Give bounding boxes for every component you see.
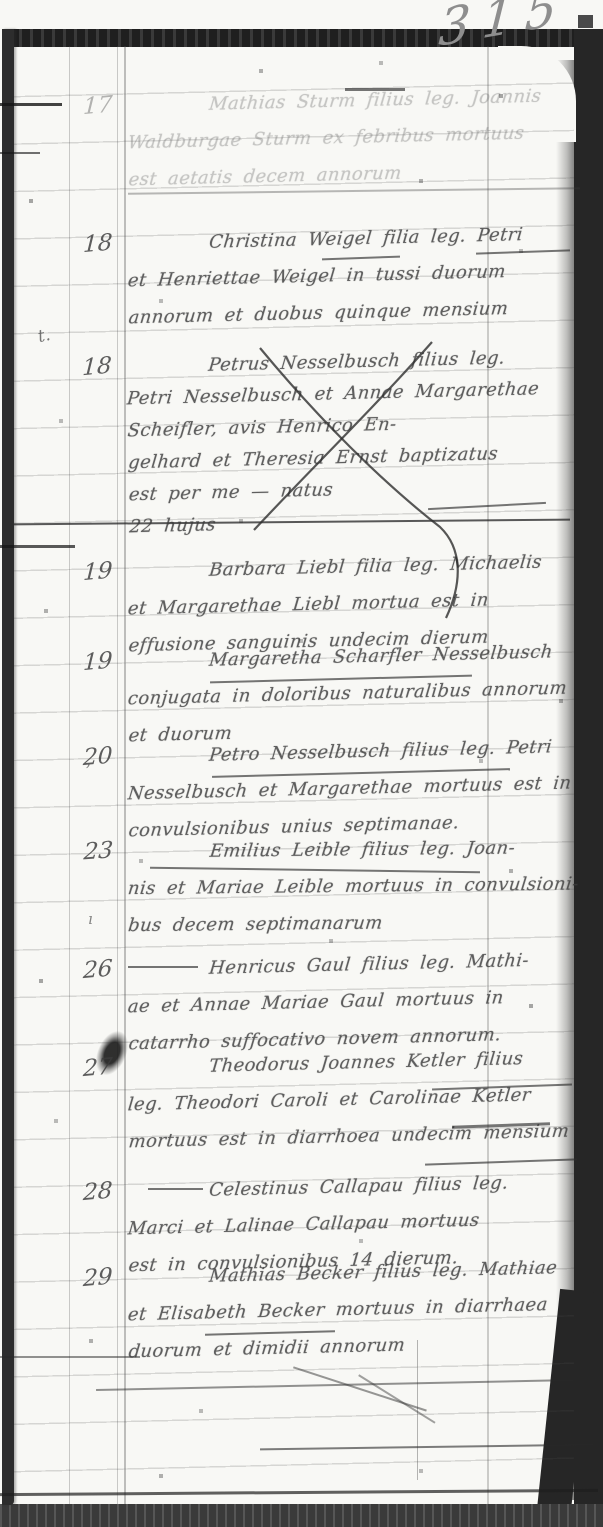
- strikethrough-cross-mark: [0, 0, 603, 1527]
- scan-noise-speckles: [0, 0, 2, 2]
- register-scan-page: 315 t. , ı 17 Mathias Sturm filius leg. …: [0, 0, 603, 1527]
